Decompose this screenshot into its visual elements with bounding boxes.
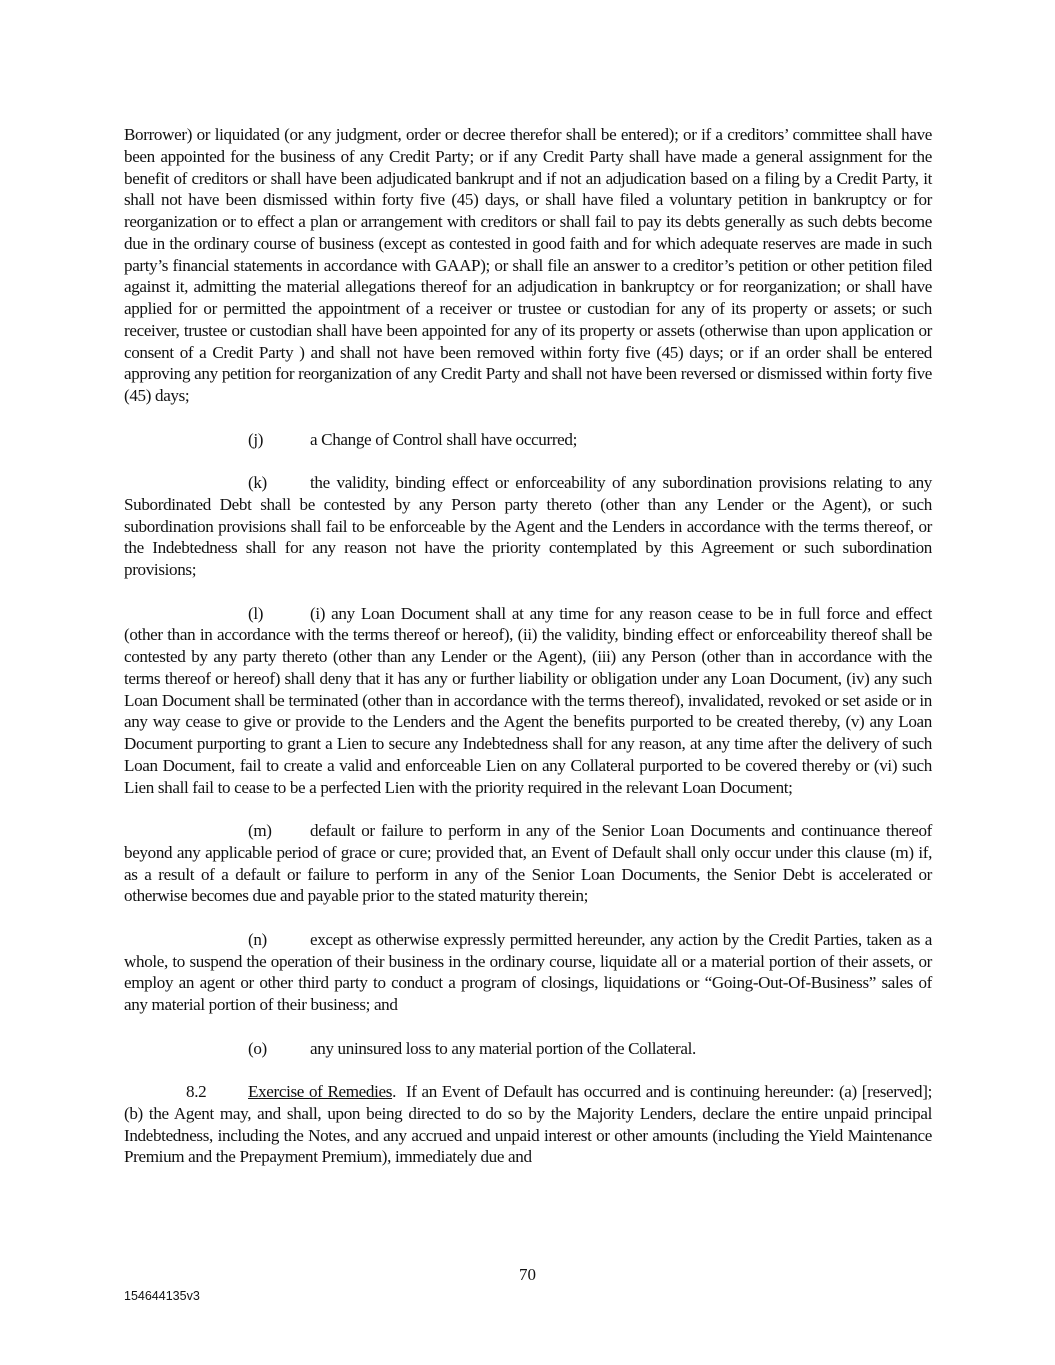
clause-k: (k)the validity, binding effect or enfor… [124,472,932,581]
paragraph-bankruptcy-continuation: Borrower) or liquidated (or any judgment… [124,124,932,407]
clause-label: (o) [248,1038,310,1060]
document-id: 154644135v3 [124,1289,200,1303]
clause-text: (i) any Loan Document shall at any time … [124,604,932,797]
clause-text: default or failure to perform in any of … [124,821,932,905]
clause-text: any uninsured loss to any material porti… [310,1039,696,1058]
section-number: 8.2 [186,1081,248,1103]
clause-text: except as otherwise expressly permitted … [124,930,932,1014]
section-heading-period: . [392,1082,396,1101]
clause-label: (j) [248,429,310,451]
section-8-2: 8.2Exercise of Remedies. If an Event of … [124,1081,932,1168]
page-number: 70 [0,1265,1055,1285]
clause-text: a Change of Control shall have occurred; [310,430,577,449]
clause-text: the validity, binding effect or enforcea… [124,473,932,579]
clause-o: (o)any uninsured loss to any material po… [124,1038,932,1060]
clause-l: (l)(i) any Loan Document shall at any ti… [124,603,932,799]
clause-label: (l) [248,603,310,625]
document-page: Borrower) or liquidated (or any judgment… [124,124,932,1190]
clause-label: (n) [248,929,310,951]
clause-m: (m)default or failure to perform in any … [124,820,932,907]
clause-n: (n)except as otherwise expressly permitt… [124,929,932,1016]
clause-j: (j)a Change of Control shall have occurr… [124,429,932,451]
clause-label: (k) [248,472,310,494]
clause-label: (m) [248,820,310,842]
section-heading: Exercise of Remedies [248,1082,392,1101]
